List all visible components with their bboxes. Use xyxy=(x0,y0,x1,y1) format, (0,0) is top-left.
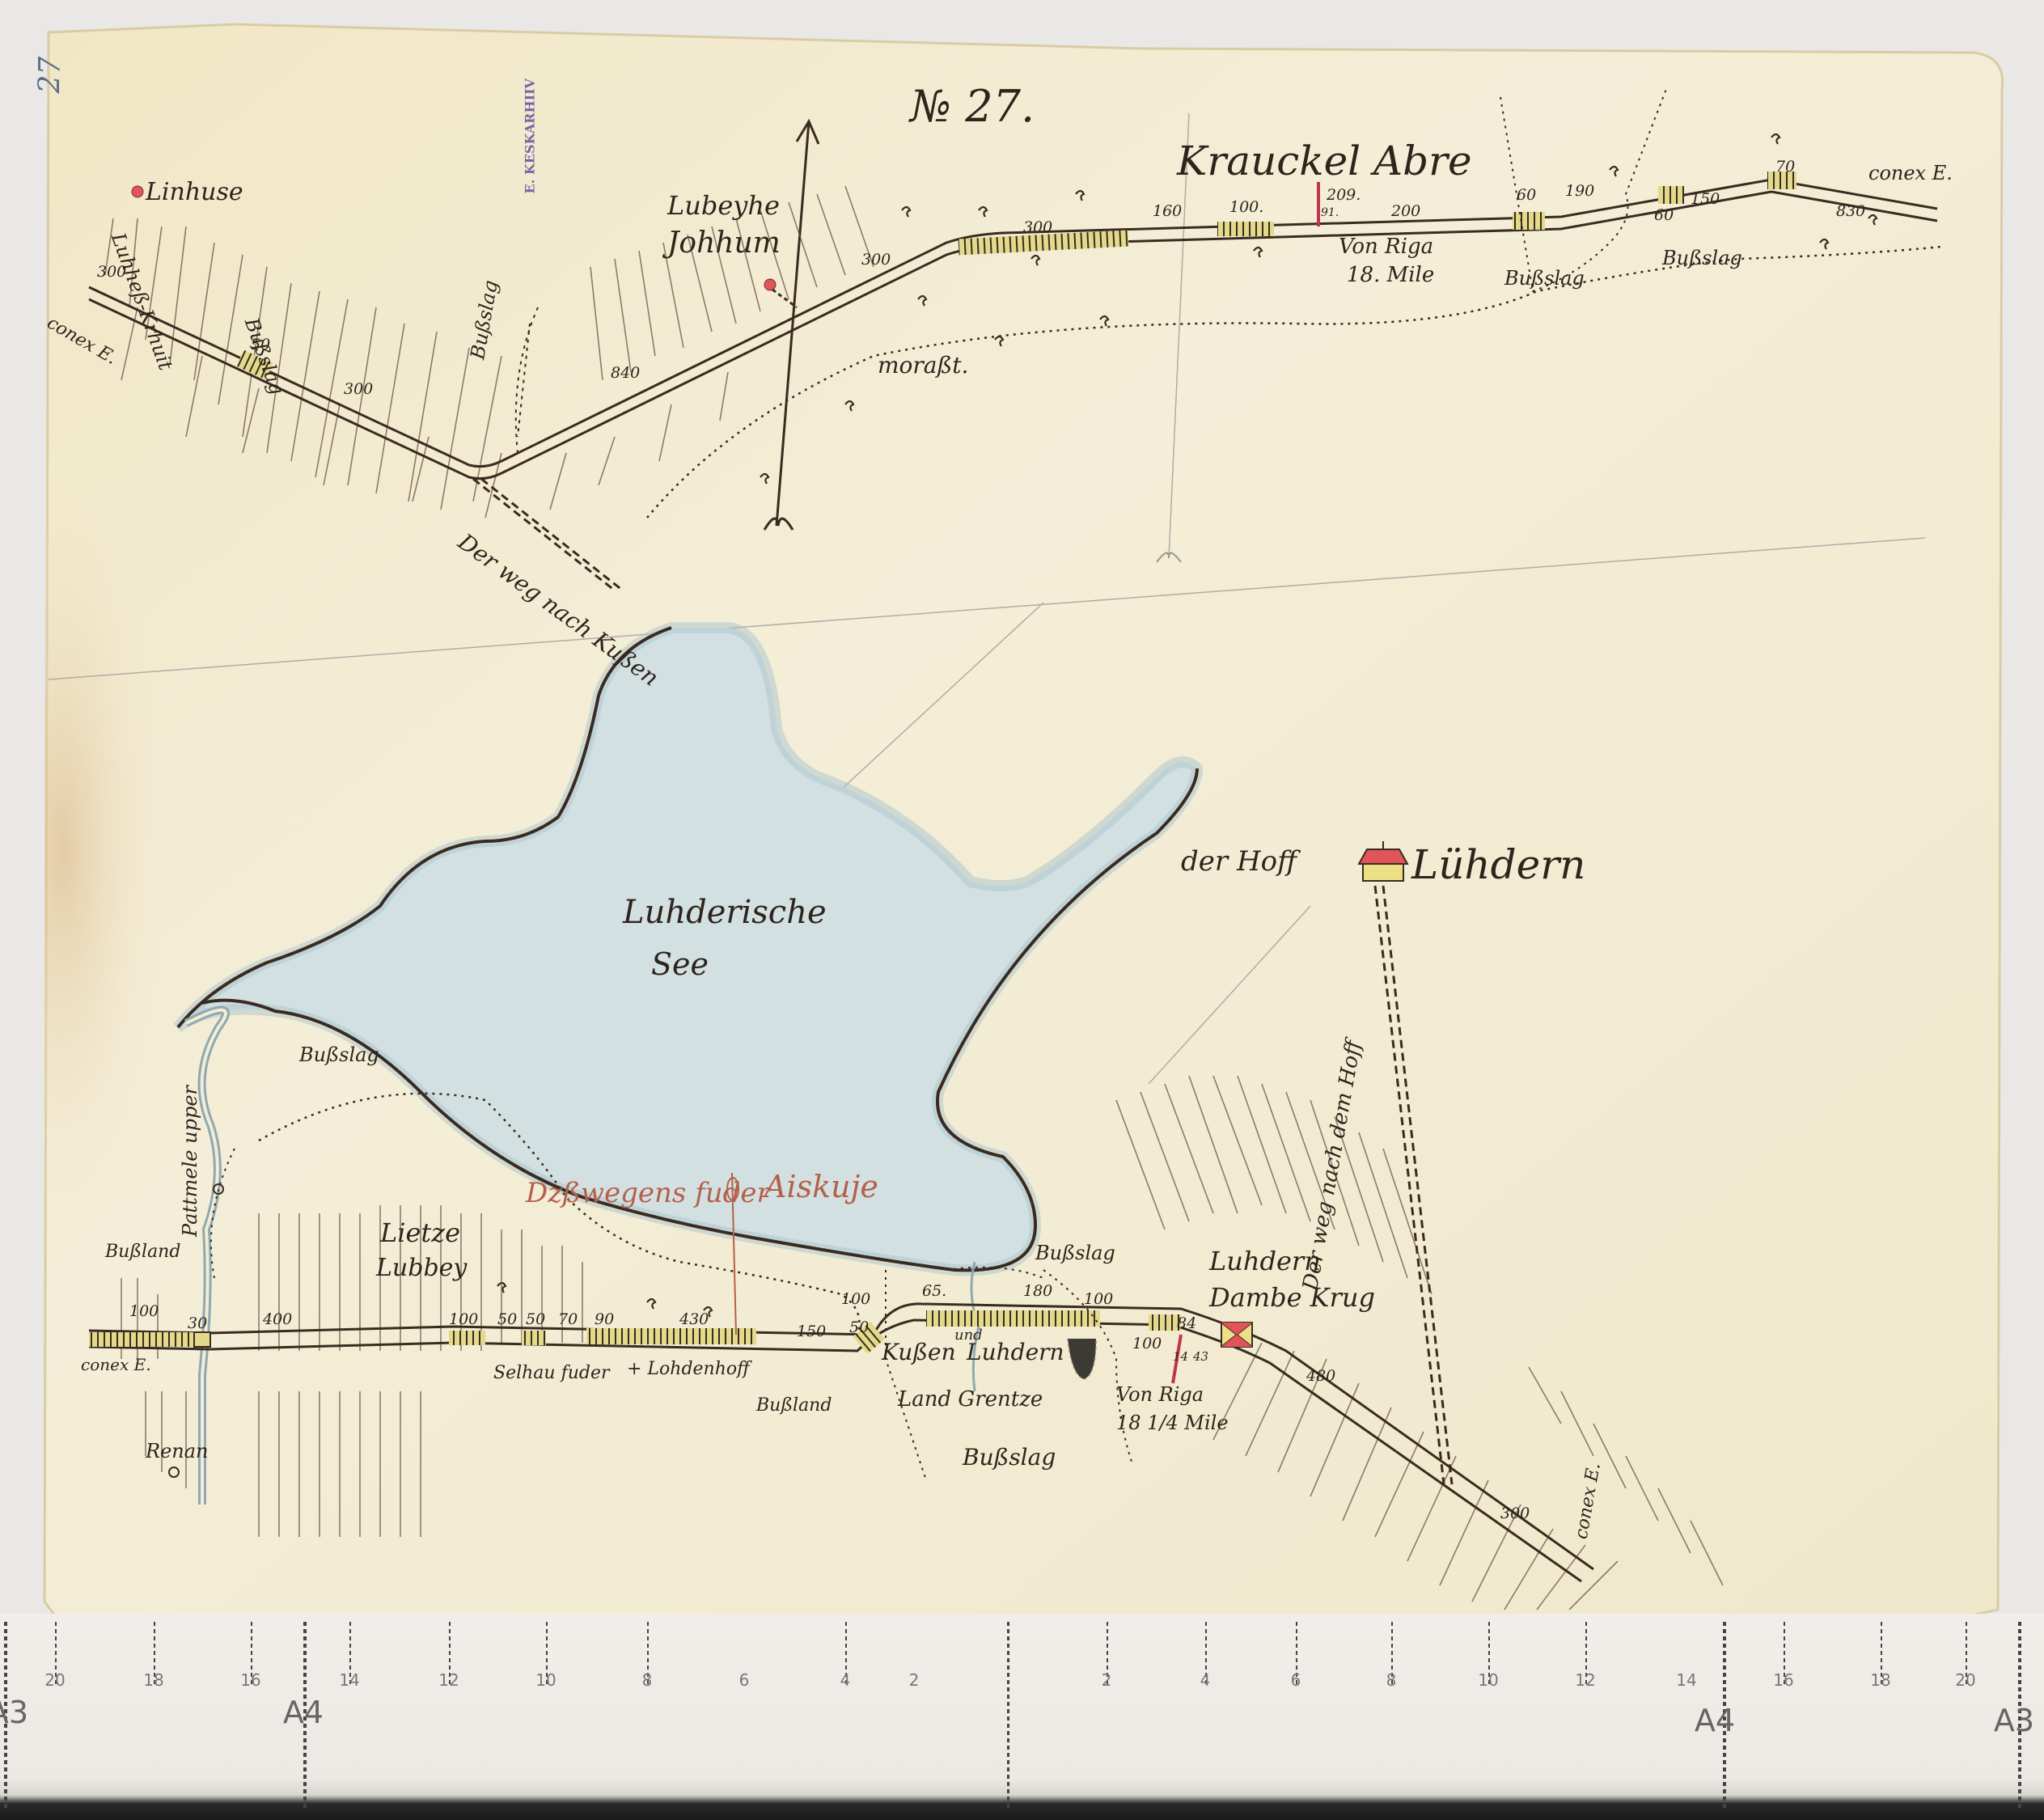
dist: 430 xyxy=(679,1310,709,1328)
archive-stamp: E. KESKARHIIV xyxy=(523,78,538,193)
ruler-format-label: A3 xyxy=(0,1695,28,1730)
ruler-number: 14 xyxy=(1676,1670,1696,1690)
label-renan: Renan xyxy=(146,1440,209,1462)
dist: 830 xyxy=(1836,202,1865,220)
label-selhau: Selhau fuder xyxy=(493,1363,610,1383)
dist: 180 xyxy=(1023,1282,1052,1300)
dist: 840 xyxy=(611,364,640,382)
dist: 90 xyxy=(595,1310,614,1328)
measurement-ruler: 20 18 16 14 12 10 8 6 4 2 2 4 6 8 10 12 … xyxy=(0,1614,2044,1820)
label-busch-mid: Bußland xyxy=(756,1395,832,1416)
map-drawing xyxy=(0,0,2044,1820)
dist: 100 xyxy=(449,1310,478,1328)
map-scan: 27 E. KESKARHIIV № 27. Linhuse Luhheß-Kr… xyxy=(0,0,2044,1820)
dist: 50 xyxy=(526,1310,545,1328)
ruler-number: 12 xyxy=(438,1670,459,1690)
ruler-number: 16 xyxy=(240,1670,260,1690)
place-luhdern-hof: Lühdern xyxy=(1411,841,1585,888)
label-busch-bottom: Bußslag xyxy=(963,1444,1056,1471)
ruler-number: 4 xyxy=(1200,1670,1211,1690)
dist: 50 xyxy=(849,1318,869,1336)
ruler-format-label: A4 xyxy=(283,1695,324,1730)
label-busch-top: Bußslag xyxy=(1035,1242,1115,1264)
dist: 65. xyxy=(922,1282,946,1300)
inn-dambe-krug-icon xyxy=(1221,1323,1252,1347)
lake-name-see: See xyxy=(651,946,709,982)
dist: 100 xyxy=(1132,1335,1162,1352)
dist: 480 xyxy=(1306,1367,1335,1385)
dist: 200 xyxy=(1391,202,1420,220)
label-lohdenhoff: + Lohdenhoff xyxy=(627,1359,750,1379)
dist: 190 xyxy=(1565,182,1594,200)
dist: 60 xyxy=(1517,186,1536,204)
dist: 70 xyxy=(1775,158,1795,176)
dist: 300 xyxy=(97,263,126,281)
dist: 100 xyxy=(841,1290,870,1308)
label-conex-top-right: conex E. xyxy=(1868,162,1953,184)
label-busch-lake: Bußslag xyxy=(299,1043,379,1066)
dist: 70 xyxy=(558,1310,578,1328)
dist: 300 xyxy=(1500,1505,1530,1522)
label-busch-3: Bußslag xyxy=(1504,267,1585,290)
dist: 91. xyxy=(1321,206,1339,219)
label-busch-left: Bußland xyxy=(105,1242,180,1262)
label-moor: moraßt. xyxy=(878,352,968,379)
label-luhdern-border: Luhdern xyxy=(967,1339,1064,1365)
ruler-number: 6 xyxy=(1291,1670,1301,1690)
ruler-format-label: A3 xyxy=(1994,1703,2034,1738)
sheet-number: № 27. xyxy=(910,81,1035,132)
ruler-number: 6 xyxy=(739,1670,750,1690)
ruler-tick xyxy=(1007,1622,1009,1808)
dist: 60 xyxy=(1654,206,1674,224)
dist: 84 xyxy=(1177,1314,1196,1332)
dist: 400 xyxy=(263,1310,292,1328)
dist: 100 xyxy=(1084,1290,1113,1308)
dist: 50 xyxy=(497,1310,517,1328)
label-distance-top: 18. Mile xyxy=(1347,263,1434,287)
dist: 100. xyxy=(1229,198,1263,216)
place-linhuse: Linhuse xyxy=(146,178,243,206)
dist: 100 xyxy=(129,1302,159,1320)
label-von-riga-bottom: Von Riga xyxy=(1116,1383,1204,1406)
ruler-number: 2 xyxy=(1102,1670,1112,1690)
ruler-number: 8 xyxy=(1386,1670,1397,1690)
label-red-fuder: Dzßwegens fuder xyxy=(526,1177,770,1209)
dist: 50 xyxy=(251,336,270,353)
ruler-number: 20 xyxy=(1955,1670,1975,1690)
ruler-format-label: A4 xyxy=(1695,1703,1735,1738)
ruler-number: 2 xyxy=(909,1670,920,1690)
dist: 150 xyxy=(797,1323,826,1340)
ruler-number: 14 xyxy=(339,1670,359,1690)
ruler-number: 12 xyxy=(1575,1670,1595,1690)
label-distance-bottom: 18 1/4 Mile xyxy=(1116,1412,1229,1434)
place-lubbey: Lubbey xyxy=(376,1254,467,1282)
dist: 300 xyxy=(1023,218,1052,236)
ruler-number: 4 xyxy=(840,1670,851,1690)
dist: 14 xyxy=(1173,1349,1188,1364)
margin-number: 27 xyxy=(34,57,67,94)
dist: 300 xyxy=(861,251,891,269)
ruler-number: 18 xyxy=(143,1670,163,1690)
ruler-number: 16 xyxy=(1773,1670,1793,1690)
place-lietze: Lietze xyxy=(380,1217,460,1248)
dist: 150 xyxy=(1691,190,1720,208)
dist: 160 xyxy=(1153,202,1182,220)
ruler-number: 20 xyxy=(44,1670,65,1690)
ruler-number: 10 xyxy=(535,1670,556,1690)
label-busch-4: Bußslag xyxy=(1662,247,1742,269)
place-dambe-krug: Dambe Krug xyxy=(1209,1282,1375,1313)
label-river: Pattmele upper xyxy=(179,1086,201,1237)
dist: 209. xyxy=(1327,186,1361,204)
dist: 300 xyxy=(344,380,373,398)
ruler-number: 8 xyxy=(642,1670,653,1690)
place-johhum: Johhum xyxy=(667,226,781,260)
lake-name: Luhderische xyxy=(623,894,827,931)
label-conex-bottom-left: conex E. xyxy=(81,1355,151,1374)
label-red-aiskuje: Aiskuje xyxy=(764,1169,878,1204)
place-hof-prefix: der Hoff xyxy=(1181,845,1297,878)
label-kussen: Kußen xyxy=(882,1339,956,1365)
ruler-number: 10 xyxy=(1478,1670,1498,1690)
label-von-riga-top: Von Riga xyxy=(1339,235,1433,259)
ruler-number: 18 xyxy=(1870,1670,1890,1690)
place-lubeyhe: Lubeyhe xyxy=(667,190,780,221)
label-land-grentze: Land Grentze xyxy=(898,1387,1043,1412)
place-krauckel-abre: Krauckel Abre xyxy=(1177,138,1472,184)
dist: 43 xyxy=(1193,1349,1208,1364)
dist: 30 xyxy=(188,1314,207,1332)
